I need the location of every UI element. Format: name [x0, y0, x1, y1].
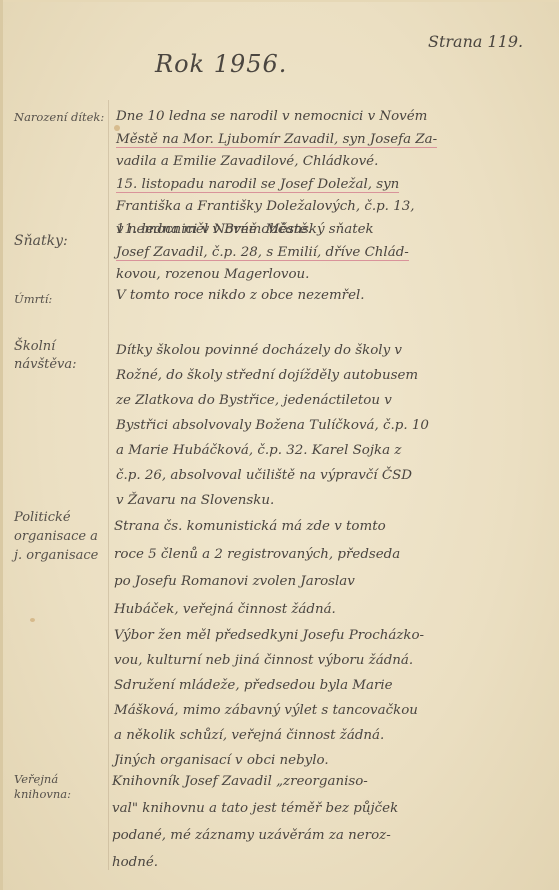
text-line: roce 5 členů a 2 registrovaných, předsed…	[114, 541, 534, 569]
underlined-name: 15. listopadu narodil se Josef Doležal, …	[116, 177, 399, 193]
text-line: Rožné, do školy střední dojížděly autobu…	[116, 363, 536, 388]
text-line: Františka a Františky Doležalových, č.p.…	[116, 196, 536, 219]
text-line: kovou, rozenou Magerlovou.	[116, 264, 536, 287]
section-label-political: Politické organisace a j. organisace	[14, 508, 106, 565]
section-school: Dítky školou povinné docházely do školy …	[116, 338, 536, 513]
paper-stain	[30, 618, 35, 622]
text-line: v Žavaru na Slovensku.	[116, 488, 536, 513]
section-label-library: Veřejná knihovna:	[14, 772, 110, 802]
text-line: Dne 10 ledna se narodil v nemocnici v No…	[116, 106, 536, 129]
text-line: V tomto roce nikdo z obce nezemřel.	[116, 285, 536, 308]
text-line: Hubáček, veřejná činnost žádná.	[114, 596, 534, 624]
text-line: Knihovník Josef Zavadil „zreorganiso-	[112, 768, 532, 795]
text-line: 15. listopadu narodil se Josef Doležal, …	[116, 174, 536, 197]
text-line: Mášková, mimo zábavný výlet s tancovačko…	[114, 698, 534, 723]
section-label-deaths: Úmrtí:	[14, 292, 110, 307]
text-line: a Marie Hubáčková, č.p. 32. Karel Sojka …	[116, 438, 536, 463]
text-line: podané, mé záznamy uzávěrám za neroz-	[112, 822, 532, 849]
page-number: Strana 119.	[428, 32, 523, 51]
text-line: po Josefu Romanovi zvolen Jaroslav	[114, 568, 534, 596]
section-political: Strana čs. komunistická má zde v tomto r…	[114, 513, 534, 773]
text-line: 11. ledna měl v Brně občanský sňatek	[116, 219, 536, 242]
section-label-births: Narození dítek:	[14, 110, 110, 125]
chronicle-page: Strana 119. Rok 1956. Narození dítek: Dn…	[0, 0, 559, 890]
text-line: ze Zlatkova do Bystřice, jedenáctiletou …	[116, 388, 536, 413]
year-title: Rok 1956.	[155, 50, 287, 78]
text-line: val" knihovnu a tato jest téměř bez půjč…	[112, 795, 532, 822]
text-line: Výbor žen měl předsedkyni Josefu Procház…	[114, 623, 534, 648]
section-deaths: V tomto roce nikdo z obce nezemřel.	[116, 285, 536, 308]
section-marriages: 11. ledna měl v Brně občanský sňatek Jos…	[116, 219, 536, 287]
text-line: vou, kulturní neb jiná činnost výboru žá…	[114, 648, 534, 673]
text-line: Sdružení mládeže, předsedou byla Marie	[114, 673, 534, 698]
section-label-marriages: Sňatky:	[14, 234, 110, 249]
section-label-school: Školní návštěva:	[14, 338, 110, 374]
text-line: Dítky školou povinné docházely do školy …	[116, 338, 536, 363]
text-line: hodné.	[112, 849, 532, 876]
text-line: Městě na Mor. Ljubomír Zavadil, syn Jose…	[116, 129, 536, 152]
text-line: vadila a Emilie Zavadilové, Chládkové.	[116, 151, 536, 174]
section-library: Knihovník Josef Zavadil „zreorganiso- va…	[112, 768, 532, 876]
text-line: a několik schůzí, veřejná činnost žádná.	[114, 723, 534, 748]
underlined-name: Josef Zavadil, č.p. 28, s Emilií, dříve …	[116, 245, 409, 261]
underlined-name: Městě na Mor. Ljubomír Zavadil, syn Jose…	[116, 132, 437, 148]
text-line: Bystřici absolvovaly Božena Tulíčková, č…	[116, 413, 536, 438]
margin-line	[108, 100, 109, 870]
text-line: č.p. 26, absolvoval učiliště na výpravčí…	[116, 463, 536, 488]
text-line: Josef Zavadil, č.p. 28, s Emilií, dříve …	[116, 242, 536, 265]
text-line: Strana čs. komunistická má zde v tomto	[114, 513, 534, 541]
